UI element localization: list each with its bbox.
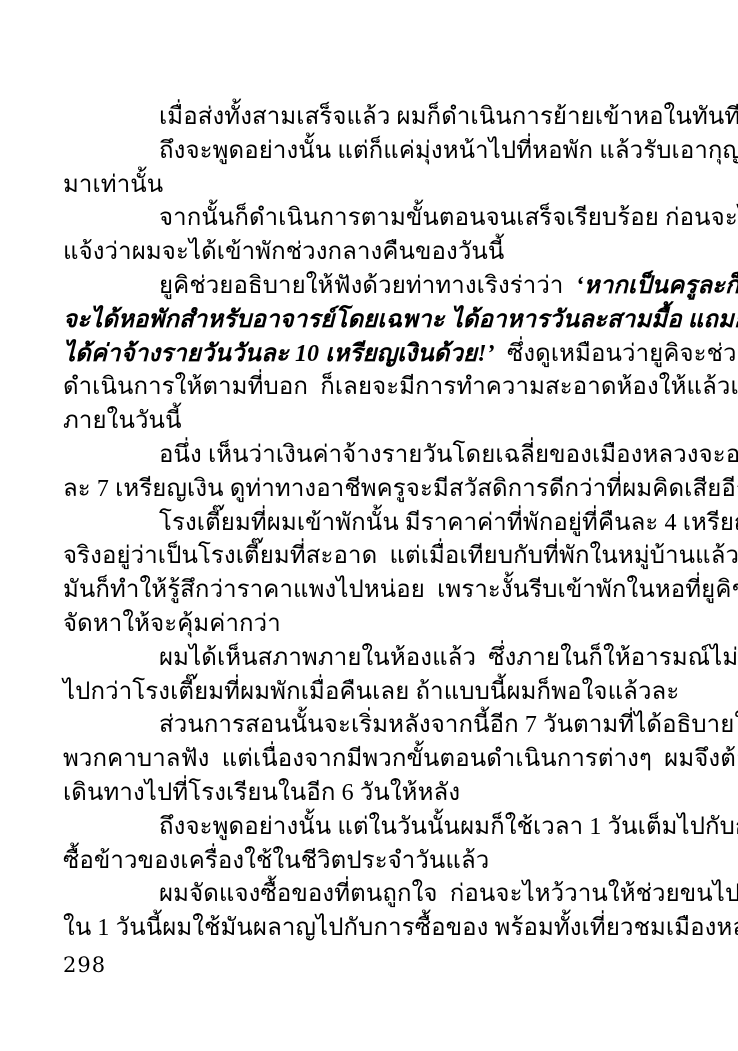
text-line: มันก็ทำให้รู้สึกว่าราคาแพงไปหน่อย เพราะง… bbox=[63, 574, 685, 608]
text-segment: จากนั้นก็ดำเนินการตามขั้นตอนจนเสร็จเรียบ… bbox=[159, 205, 738, 231]
quoted-dialogue-segment: ‘หากเป็นครูละก็ bbox=[576, 273, 738, 299]
text-line: ได้ค่าจ้างรายวันวันละ 10 เหรียญเงินด้วย!… bbox=[63, 338, 685, 372]
text-segment: ไปกว่าโรงเตี๊ยมที่ผมพักเมื่อคืนเลย ถ้าแบ… bbox=[63, 679, 679, 705]
text-segment: แจ้งว่าผมจะได้เข้าพักช่วงกลางคืนของวันนี… bbox=[63, 239, 504, 265]
text-line: ใน 1 วันนี้ผมใช้มันผลาญไปกับการซื้อของ พ… bbox=[63, 912, 685, 946]
text-line: ส่วนการสอนนั้นจะเริ่มหลังจากนี้อีก 7 วัน… bbox=[63, 709, 685, 743]
text-line: เมื่อส่งทั้งสามเสร็จแล้ว ผมก็ดำเนินการย้… bbox=[63, 101, 685, 135]
book-page: เมื่อส่งทั้งสามเสร็จแล้ว ผมก็ดำเนินการย้… bbox=[0, 0, 738, 1051]
text-line: ถึงจะพูดอย่างนั้น แต่ในวันนั้นผมก็ใช้เวล… bbox=[63, 811, 685, 845]
text-line: จะได้หอพักสำหรับอาจารย์โดยเฉพาะ ได้อาหาร… bbox=[63, 304, 685, 338]
text-segment: เดินทางไปที่โรงเรียนในอีก 6 วันให้หลัง bbox=[63, 780, 460, 806]
text-line: ผมจัดแจงซื้อของที่ตนถูกใจ ก่อนจะไหว้วานใ… bbox=[63, 878, 685, 912]
text-line: ละ 7 เหรียญเงิน ดูท่าทางอาชีพครูจะมีสวัส… bbox=[63, 473, 685, 507]
text-segment: พวกคาบาลฟัง แต่เนื่องจากมีพวกขั้นตอนดำเน… bbox=[63, 746, 738, 772]
text-segment: โรงเตี๊ยมที่ผมเข้าพักนั้น มีราคาค่าที่พั… bbox=[159, 510, 738, 536]
text-line: ภายในวันนี้ bbox=[63, 405, 685, 439]
text-line: ยูคิช่วยอธิบายให้ฟังด้วยท่าทางเริงร่าว่า… bbox=[63, 270, 685, 304]
quoted-dialogue-segment: จะได้หอพักสำหรับอาจารย์โดยเฉพาะ ได้อาหาร… bbox=[63, 307, 738, 333]
text-line: ผมได้เห็นสภาพภายในห้องแล้ว ซึ่งภายในก็ให… bbox=[63, 642, 685, 676]
text-segment: ถึงจะพูดอย่างนั้น แต่ก็แค่มุ่งหน้าไปที่ห… bbox=[159, 138, 738, 164]
text-line: มาเท่านั้น bbox=[63, 169, 685, 203]
text-segment: ภายในวันนี้ bbox=[63, 408, 182, 434]
text-line: ดำเนินการให้ตามที่บอก ก็เลยจะมีการทำความ… bbox=[63, 371, 685, 405]
body-text: เมื่อส่งทั้งสามเสร็จแล้ว ผมก็ดำเนินการย้… bbox=[63, 101, 685, 946]
text-segment: ซื้อข้าวของเครื่องใช้ในชีวิตประจำวันแล้ว bbox=[63, 848, 489, 874]
text-segment: ดำเนินการให้ตามที่บอก ก็เลยจะมีการทำความ… bbox=[63, 374, 738, 400]
text-line: แจ้งว่าผมจะได้เข้าพักช่วงกลางคืนของวันนี… bbox=[63, 236, 685, 270]
text-segment: จัดหาให้จะคุ้มค่ากว่า bbox=[63, 611, 281, 637]
text-segment: อนึ่ง เห็นว่าเงินค่าจ้างรายวันโดยเฉลี่ยข… bbox=[159, 442, 738, 468]
text-line: จัดหาให้จะคุ้มค่ากว่า bbox=[63, 608, 685, 642]
text-segment: ผมจัดแจงซื้อของที่ตนถูกใจ ก่อนจะไหว้วานใ… bbox=[159, 881, 738, 907]
text-segment: ถึงจะพูดอย่างนั้น แต่ในวันนั้นผมก็ใช้เวล… bbox=[159, 814, 738, 840]
text-segment: ยูคิช่วยอธิบายให้ฟังด้วยท่าทางเริงร่าว่า bbox=[159, 273, 576, 299]
text-segment: มาเท่านั้น bbox=[63, 172, 163, 198]
text-segment: ผมได้เห็นสภาพภายในห้องแล้ว ซึ่งภายในก็ให… bbox=[159, 645, 738, 671]
text-line: จากนั้นก็ดำเนินการตามขั้นตอนจนเสร็จเรียบ… bbox=[63, 202, 685, 236]
text-line: ซื้อข้าวของเครื่องใช้ในชีวิตประจำวันแล้ว bbox=[63, 845, 685, 879]
quoted-dialogue-segment: ได้ค่าจ้างรายวันวันละ 10 เหรียญเงินด้วย!… bbox=[63, 341, 495, 367]
text-segment: จริงอยู่ว่าเป็นโรงเตี๊ยมที่สะอาด แต่เมื่… bbox=[63, 543, 738, 569]
text-line: ไปกว่าโรงเตี๊ยมที่ผมพักเมื่อคืนเลย ถ้าแบ… bbox=[63, 676, 685, 710]
text-segment: ใน 1 วันนี้ผมใช้มันผลาญไปกับการซื้อของ พ… bbox=[63, 915, 738, 941]
text-line: เดินทางไปที่โรงเรียนในอีก 6 วันให้หลัง bbox=[63, 777, 685, 811]
page-number: 298 bbox=[63, 953, 106, 977]
text-line: พวกคาบาลฟัง แต่เนื่องจากมีพวกขั้นตอนดำเน… bbox=[63, 743, 685, 777]
text-line: จริงอยู่ว่าเป็นโรงเตี๊ยมที่สะอาด แต่เมื่… bbox=[63, 540, 685, 574]
text-line: อนึ่ง เห็นว่าเงินค่าจ้างรายวันโดยเฉลี่ยข… bbox=[63, 439, 685, 473]
text-segment: ละ 7 เหรียญเงิน ดูท่าทางอาชีพครูจะมีสวัส… bbox=[63, 476, 738, 502]
text-segment: เมื่อส่งทั้งสามเสร็จแล้ว ผมก็ดำเนินการย้… bbox=[159, 104, 738, 130]
text-segment: ซึ่งดูเหมือนว่ายูคิจะช่วย bbox=[495, 341, 738, 367]
text-line: ถึงจะพูดอย่างนั้น แต่ก็แค่มุ่งหน้าไปที่ห… bbox=[63, 135, 685, 169]
text-segment: มันก็ทำให้รู้สึกว่าราคาแพงไปหน่อย เพราะง… bbox=[63, 577, 738, 603]
text-segment: ส่วนการสอนนั้นจะเริ่มหลังจากนี้อีก 7 วัน… bbox=[159, 712, 738, 738]
text-line: โรงเตี๊ยมที่ผมเข้าพักนั้น มีราคาค่าที่พั… bbox=[63, 507, 685, 541]
